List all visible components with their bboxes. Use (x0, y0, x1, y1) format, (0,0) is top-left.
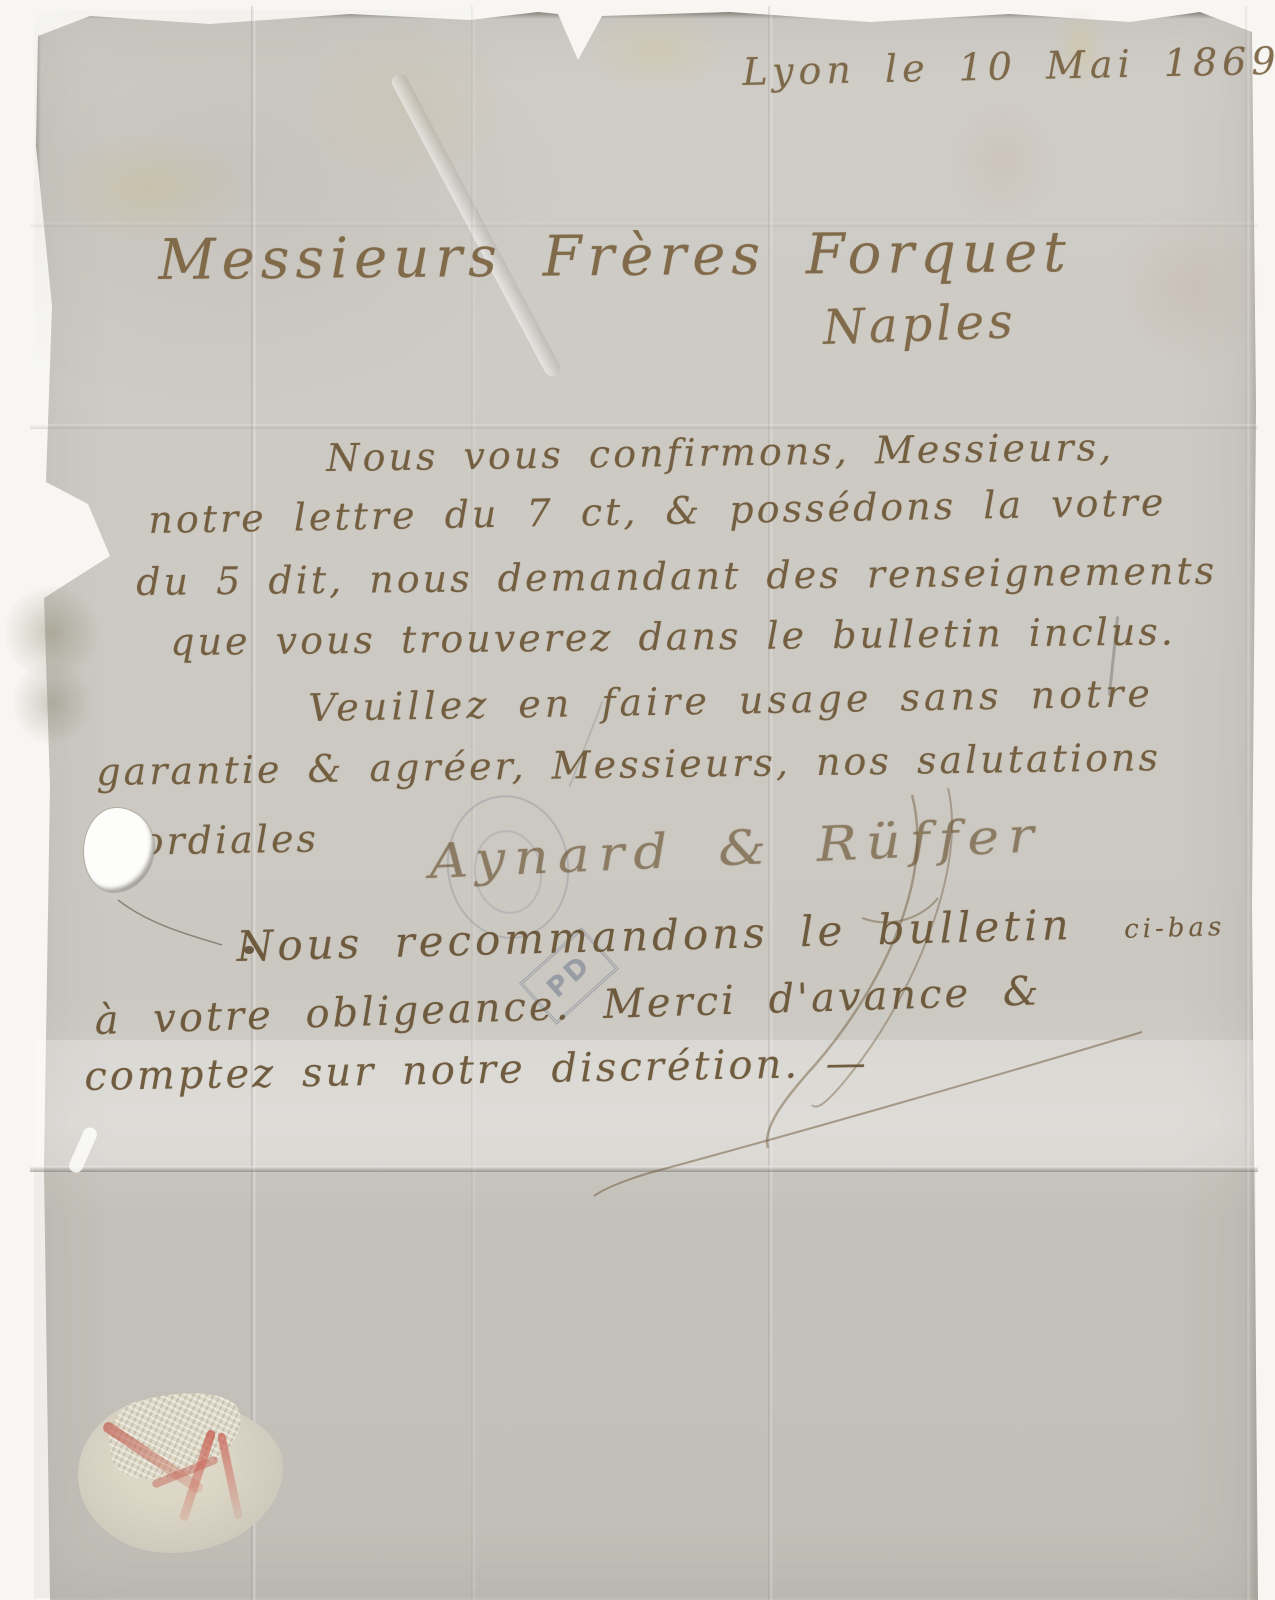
ink-flourish-svg (0, 0, 1275, 1600)
scanned-letter-image: PD Lyon le 10 Mai 1869 Messieurs Frères … (0, 0, 1275, 1600)
